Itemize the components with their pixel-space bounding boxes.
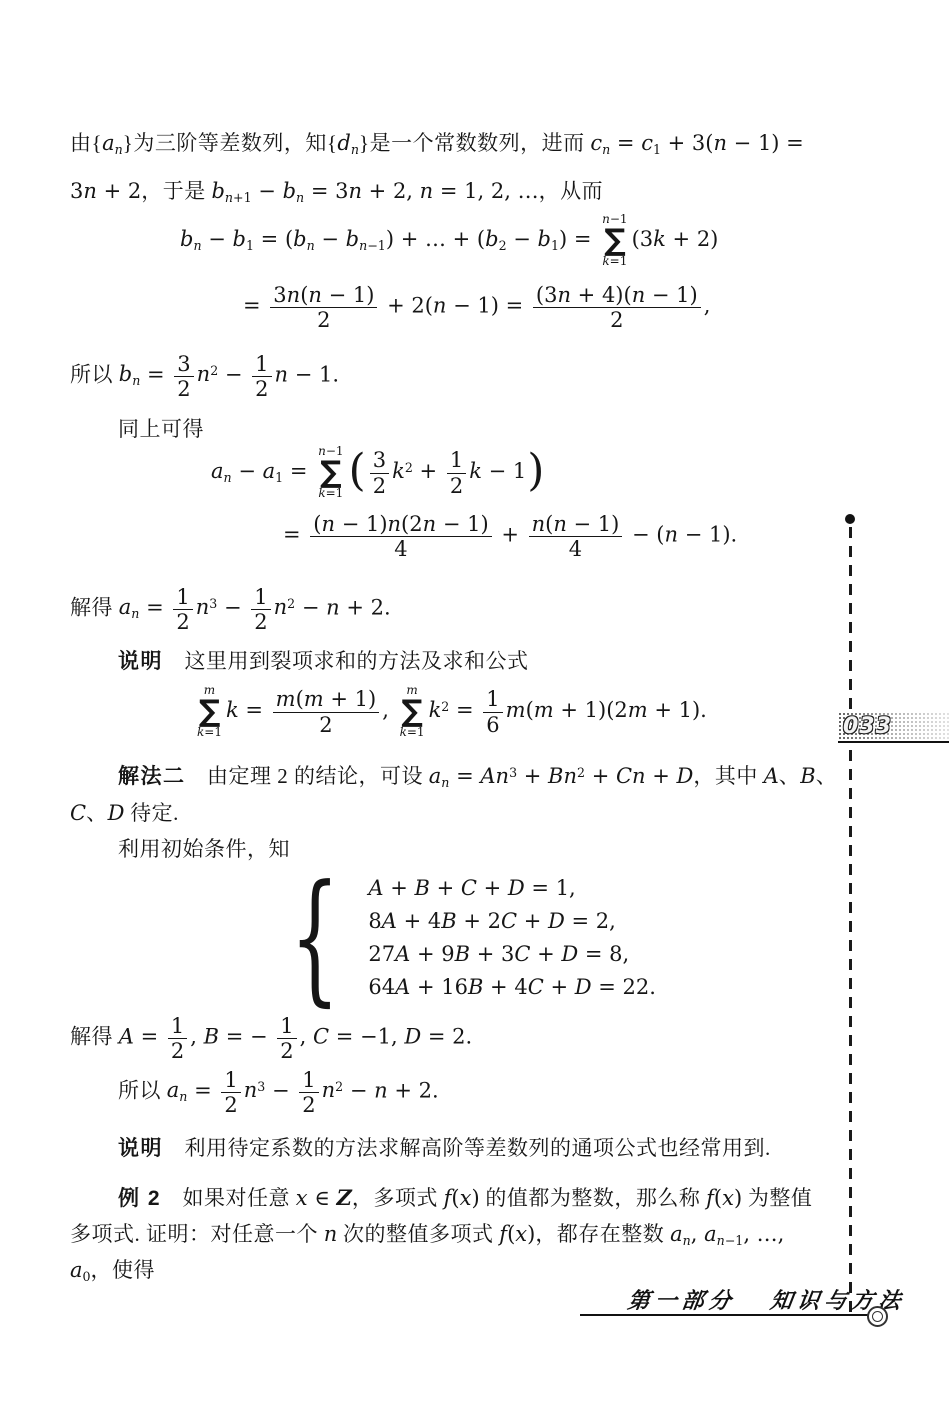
text-fragment: n2 — [322, 1078, 344, 1102]
text-fragment: + — [413, 459, 444, 483]
text-fragment: n — [433, 293, 447, 317]
text-fragment: = — [239, 698, 270, 722]
line-similarly: 同上可得 — [118, 414, 204, 444]
text-fragment: an — [167, 1078, 188, 1102]
text-fragment: − 1. — [288, 362, 339, 386]
text-fragment: x — [515, 1222, 527, 1246]
text-fragment: − — [265, 1078, 296, 1102]
text-fragment: − — [232, 459, 263, 483]
text-fragment: C — [461, 876, 477, 900]
text-fragment: + 4 — [483, 975, 527, 999]
para-example2-3: a0，使得 — [70, 1255, 155, 1285]
text-fragment: 1 — [221, 1068, 240, 1093]
text-fragment: 1 — [173, 585, 192, 610]
text-fragment: 2 — [168, 1039, 187, 1063]
text-fragment: 、 — [86, 801, 108, 825]
text-fragment: k — [226, 698, 239, 722]
text-fragment: + 2, — [362, 179, 420, 203]
text-fragment: 利用初始条件，知 — [118, 837, 290, 861]
text-fragment: , — [704, 293, 711, 317]
text-fragment: B — [455, 942, 470, 966]
text-fragment: 4 — [566, 537, 585, 561]
text-fragment: = — [140, 362, 171, 386]
text-fragment: a — [167, 1078, 180, 1102]
text-fragment: 2 — [299, 1093, 318, 1117]
text-fragment: + 1)(2 — [554, 698, 628, 722]
footer: 第一部分 知识与方法 — [626, 1284, 908, 1315]
text-fragment: A — [395, 942, 410, 966]
text-fragment: f — [499, 1222, 507, 1246]
text-fragment: 2 — [319, 713, 332, 737]
text-fragment: c — [641, 131, 653, 155]
text-fragment: n+1 — [225, 191, 252, 205]
text-fragment: D — [108, 801, 125, 825]
text-fragment: 2 — [176, 610, 189, 634]
text-fragment: 3 — [370, 448, 389, 473]
text-fragment: 2 — [335, 1079, 343, 1094]
text-fragment: 3n(n − 1)2 — [270, 283, 377, 332]
text-fragment: ∑ — [604, 227, 626, 256]
text-fragment: ，从而 — [539, 179, 604, 203]
text-fragment: n — [296, 190, 304, 205]
text-fragment: b — [485, 227, 498, 251]
text-fragment: = — [610, 131, 641, 155]
text-fragment: x — [296, 1186, 308, 1210]
text-fragment: ，多项式 — [352, 1186, 444, 1210]
text-fragment: + 2( — [380, 293, 433, 317]
text-fragment: n — [683, 1233, 691, 1248]
text-fragment: n — [321, 512, 335, 536]
text-fragment: 2 — [317, 308, 330, 332]
equation-sum-formulas: m∑k=1k = m(m + 1)2, m∑k=1k2 = 16m(m + 1)… — [193, 684, 707, 740]
text-fragment: an — [429, 764, 450, 788]
text-fragment: a — [70, 1258, 83, 1282]
text-fragment: 为整值 — [742, 1186, 812, 1210]
text-fragment: A — [764, 764, 779, 788]
text-fragment: 6 — [486, 713, 499, 737]
text-fragment: k — [392, 459, 405, 483]
text-fragment: 2 — [405, 460, 413, 475]
line-solved-coefficients: 解得 A = 12, B = − 12, C = −1, D = 2. — [70, 1014, 472, 1063]
text-fragment: m — [506, 698, 526, 722]
text-fragment: n — [351, 143, 359, 157]
text-fragment: n — [713, 131, 727, 155]
text-fragment: 2 — [255, 377, 268, 401]
text-fragment: n — [351, 142, 359, 157]
text-fragment: n−1 — [359, 239, 386, 253]
text-fragment: Cn — [616, 764, 646, 788]
text-fragment: a — [263, 459, 276, 483]
text-fragment: 2 — [335, 1080, 343, 1094]
text-fragment: n — [224, 470, 232, 485]
text-fragment: b — [119, 362, 132, 386]
text-fragment: 3 — [373, 448, 386, 472]
text-fragment: 1 — [450, 448, 463, 472]
text-fragment: C — [313, 1024, 329, 1048]
text-fragment: f — [706, 1186, 714, 1210]
text-fragment: m — [304, 687, 324, 711]
text-fragment: ( — [296, 687, 304, 711]
text-fragment: n — [196, 595, 210, 619]
text-fragment: − 1) — [322, 283, 375, 307]
text-fragment: 12 — [251, 585, 270, 634]
text-fragment: 1 — [275, 471, 283, 485]
text-fragment: 的值都为整数，那么称 — [480, 1186, 707, 1210]
equation-an-sum: an − a1 = n−1∑k=1(32k2 + 12k − 1) — [211, 445, 545, 501]
book-page: 由{an}为三阶等差数列，知{dn}是一个常数数列，进而 cn = c1 + 3… — [0, 0, 949, 1410]
text-fragment: n(n − 1) — [529, 512, 623, 537]
text-fragment: − — [315, 227, 346, 251]
text-fragment: + — [544, 975, 575, 999]
text-fragment: x — [460, 1186, 472, 1210]
text-fragment: bn — [119, 362, 141, 386]
text-fragment: + — [585, 764, 616, 788]
text-fragment: A — [119, 1024, 134, 1048]
text-fragment: x — [722, 1186, 734, 1210]
text-fragment: m — [628, 698, 648, 722]
text-fragment: m(m + 1)2 — [273, 687, 380, 736]
text-fragment: n(n − 1)4 — [529, 512, 623, 561]
text-fragment: = 1, — [525, 876, 576, 900]
text-fragment: = 1, 2, … — [433, 179, 538, 203]
text-fragment: D — [561, 942, 578, 966]
text-fragment: cn — [590, 131, 610, 155]
text-fragment: 待定. — [124, 801, 179, 825]
text-fragment: 12 — [221, 1068, 240, 1117]
text-fragment: =1 — [407, 725, 425, 739]
text-fragment: 1 — [255, 352, 268, 376]
text-fragment: C — [514, 942, 530, 966]
text-fragment: c — [590, 131, 602, 155]
footer-part-label: 第一部分 — [626, 1288, 738, 1313]
text-fragment: n — [307, 239, 315, 253]
text-fragment: an — [102, 131, 123, 155]
text-fragment: + 3( — [661, 131, 714, 155]
text-fragment: 2 — [373, 474, 386, 498]
text-fragment: , — [190, 1024, 203, 1048]
text-fragment: n — [388, 512, 402, 536]
text-fragment: ( — [451, 1186, 459, 1210]
text-fragment: 2 — [405, 461, 413, 475]
text-fragment: , — [382, 698, 395, 722]
text-fragment: − ( — [625, 522, 664, 546]
text-fragment: bn−1 — [346, 227, 386, 251]
text-fragment: D — [404, 1024, 421, 1048]
text-fragment: 2 — [316, 713, 335, 737]
text-fragment: n−1∑k=1 — [602, 213, 627, 269]
text-fragment: = 8, — [578, 942, 629, 966]
text-fragment: 3 — [70, 179, 83, 203]
text-fragment: + 3 — [470, 942, 514, 966]
text-fragment: c1 — [641, 131, 661, 155]
text-fragment: +1 — [233, 190, 252, 205]
text-fragment: 27 — [368, 942, 395, 966]
text-fragment: n — [665, 522, 679, 546]
text-fragment: k — [400, 725, 407, 739]
text-fragment: 1 — [302, 1068, 315, 1092]
text-fragment: = −1, — [329, 1024, 404, 1048]
text-fragment: 多项式. 证明：对任意一个 — [70, 1222, 324, 1246]
margin-dashed-line-top — [849, 527, 852, 709]
text-fragment: C — [528, 975, 544, 999]
text-fragment: 6 — [483, 713, 502, 737]
para-method2-1: 解法二 由定理 2 的结论，可设 an = An3 + Bn2 + Cn + D… — [118, 761, 837, 792]
text-fragment: a0 — [70, 1258, 91, 1282]
line-bn-formula: 所以 bn = 32n2 − 12n − 1. — [70, 352, 339, 401]
text-fragment: b2 — [485, 227, 506, 251]
text-fragment: 2 — [171, 1039, 184, 1063]
text-fragment: m∑k=1 — [400, 684, 425, 740]
text-fragment: + 2) — [666, 227, 719, 251]
text-fragment: − 1) = — [446, 293, 529, 317]
text-fragment: 12 — [168, 1014, 187, 1063]
text-fragment: − — [295, 595, 326, 619]
text-fragment: 2 — [577, 766, 585, 780]
system-equation-row: 8A + 4B + 2C + D = 2, — [368, 905, 656, 938]
text-fragment: 1 — [171, 1014, 184, 1038]
text-fragment: 2 — [499, 239, 507, 253]
text-fragment: − 1). — [678, 522, 737, 546]
text-fragment: k — [469, 459, 482, 483]
footer-circle-icon — [867, 1306, 888, 1327]
text-fragment: 3 — [509, 765, 517, 780]
text-fragment: 1 — [653, 142, 661, 157]
text-fragment: (3n + 4)(n − 1)2 — [533, 283, 701, 332]
text-fragment: n — [553, 512, 567, 536]
text-fragment: = — [139, 595, 170, 619]
text-fragment: + 2 — [97, 179, 141, 203]
text-fragment: 如果对任意 — [161, 1186, 296, 1210]
text-fragment: 12 — [173, 585, 192, 634]
text-fragment: = ( — [254, 227, 293, 251]
text-fragment: n−1∑k=1 — [318, 445, 343, 501]
footer-rule — [580, 1314, 870, 1316]
text-fragment: B — [468, 975, 483, 999]
text-fragment: D — [575, 975, 592, 999]
text-fragment: ，都存在整数 — [535, 1222, 670, 1246]
text-fragment: 2 — [224, 1093, 237, 1117]
text-fragment: n3 — [196, 595, 218, 619]
margin-dot — [845, 514, 855, 524]
text-fragment: (n − 1)n(2n − 1)4 — [310, 512, 491, 561]
text-fragment: 1 — [299, 1068, 318, 1093]
text-fragment: 1 — [551, 239, 559, 253]
text-fragment: 1 — [447, 448, 466, 473]
text-fragment: b — [293, 227, 306, 251]
text-fragment: 32 — [370, 448, 389, 497]
text-fragment: an−1 — [704, 1222, 743, 1246]
text-fragment: 说明 — [118, 1137, 163, 1160]
text-fragment: 由{ — [70, 131, 102, 155]
text-fragment: 2 — [277, 1039, 296, 1063]
text-fragment: b — [283, 179, 296, 203]
page-number-badge: 033 — [838, 712, 949, 743]
text-fragment: k=1 — [602, 255, 627, 269]
text-fragment: − — [343, 1078, 374, 1102]
text-fragment: k=1 — [400, 726, 425, 740]
text-fragment: + 4)( — [571, 283, 632, 307]
text-fragment: , …, — [743, 1222, 784, 1246]
text-fragment: (n − 1)n(2n − 1) — [310, 512, 491, 537]
equation-bn-telescoping: bn − b1 = (bn − bn−1) + … + (b2 − b1) = … — [180, 213, 718, 269]
text-fragment: + 16 — [410, 975, 468, 999]
text-fragment: − 1) — [436, 512, 489, 536]
text-fragment: − 1 — [482, 459, 526, 483]
text-fragment: =1 — [326, 486, 344, 500]
text-fragment: = — [449, 764, 480, 788]
text-fragment: bn — [180, 227, 202, 251]
text-fragment: ) + … + ( — [386, 227, 485, 251]
text-fragment: 2 — [610, 308, 623, 332]
text-fragment: n — [683, 1234, 691, 1248]
text-fragment: n — [308, 283, 322, 307]
equation-an-sum-result: = (n − 1)n(2n − 1)4 + n(n − 1)4 − (n − 1… — [283, 512, 737, 561]
text-fragment: 利用待定系数的方法求解高阶等差数列的通项公式也经常用到. — [163, 1136, 771, 1160]
text-fragment: + 9 — [410, 942, 454, 966]
text-fragment: − 1) — [335, 512, 388, 536]
text-fragment: 同上可得 — [118, 417, 204, 441]
text-fragment: n — [244, 1078, 258, 1102]
text-fragment: 1 — [551, 238, 559, 253]
text-fragment: = — [134, 1024, 165, 1048]
text-fragment: 解得 — [70, 595, 119, 619]
text-fragment: B — [204, 1024, 219, 1048]
text-fragment: b1 — [233, 227, 254, 251]
text-fragment: = 22. — [592, 975, 656, 999]
text-fragment: 2 — [447, 474, 466, 498]
text-fragment: 1 — [254, 585, 267, 609]
text-fragment: n — [193, 238, 201, 253]
text-fragment: = 3 — [304, 179, 348, 203]
text-fragment: n2 — [197, 362, 219, 386]
text-fragment: + 4 — [397, 909, 441, 933]
text-fragment: b1 — [538, 227, 559, 251]
text-fragment: = — [187, 1078, 218, 1102]
text-fragment: b — [211, 179, 224, 203]
text-fragment: n — [274, 595, 288, 619]
text-fragment: n — [307, 238, 315, 253]
text-fragment: 2 — [173, 610, 192, 634]
text-fragment: 2 — [251, 610, 270, 634]
text-fragment: , — [691, 1222, 704, 1246]
text-fragment: D — [508, 876, 525, 900]
text-fragment: n — [275, 362, 289, 386]
text-fragment: n — [717, 1233, 725, 1248]
text-fragment: 2 — [210, 363, 218, 378]
text-fragment: 2 — [607, 308, 626, 332]
text-fragment: n3 — [496, 764, 518, 788]
text-fragment: 1 — [277, 1014, 296, 1039]
para-constant-sequence-1: 由{an}为三阶等差数列，知{dn}是一个常数数列，进而 cn = c1 + 3… — [70, 128, 804, 158]
text-fragment: }是一个常数数列，进而 — [359, 131, 590, 155]
text-fragment: =1 — [204, 725, 222, 739]
text-fragment: 所以 — [70, 362, 119, 386]
text-fragment: = — [243, 293, 267, 317]
text-fragment: 2 — [370, 474, 389, 498]
text-fragment: b — [180, 227, 193, 251]
system-equation-row: A + B + C + D = 1, — [368, 872, 656, 905]
text-fragment: n — [420, 179, 434, 203]
text-fragment: m(m + 1) — [273, 687, 380, 712]
text-fragment: 3 — [177, 352, 190, 376]
text-fragment: B — [548, 764, 563, 788]
text-fragment: 3 — [174, 352, 193, 377]
text-fragment: B — [800, 764, 815, 788]
text-fragment: 2 — [177, 377, 190, 401]
text-fragment: a — [211, 459, 224, 483]
text-fragment: ( — [349, 445, 366, 496]
note-undetermined-coefficients: 说明 利用待定系数的方法求解高阶等差数列的通项公式也经常用到. — [118, 1133, 771, 1164]
text-fragment: =1 — [610, 254, 628, 268]
text-fragment: 8 — [368, 909, 381, 933]
text-fragment: b — [346, 227, 359, 251]
text-fragment: 1 — [280, 1014, 293, 1038]
text-fragment: n — [423, 512, 437, 536]
text-fragment: n — [197, 362, 211, 386]
line-initial-conditions: 利用初始条件，知 — [118, 834, 290, 864]
text-fragment: 4 — [394, 537, 407, 561]
text-fragment: + — [477, 876, 508, 900]
text-fragment: n — [324, 1222, 338, 1246]
text-fragment: 2 — [221, 1093, 240, 1117]
text-fragment: 2 — [287, 596, 295, 611]
para-example2-1: 例 2 如果对任意 x ∈ Z，多项式 f(x) 的值都为整数，那么称 f(x)… — [118, 1183, 812, 1214]
text-fragment: Z — [337, 1185, 352, 1210]
text-fragment: 说明 — [118, 650, 163, 673]
text-fragment: D — [548, 909, 565, 933]
text-fragment: d — [337, 131, 350, 155]
text-fragment: m∑k=1 — [197, 684, 222, 740]
text-fragment: 12 — [277, 1014, 296, 1063]
text-fragment: 2 — [174, 377, 193, 401]
text-fragment: bn — [283, 179, 305, 203]
text-fragment: 1 — [224, 1068, 237, 1092]
text-fragment: 2 — [450, 474, 463, 498]
text-fragment: (3n + 4)(n − 1) — [533, 283, 701, 308]
text-fragment: k — [429, 698, 442, 722]
para-constant-sequence-2: 3n + 2，于是 bn+1 − bn = 3n + 2, n = 1, 2, … — [70, 176, 603, 206]
text-fragment: A — [395, 975, 410, 999]
text-fragment: (3 — [632, 227, 654, 251]
text-fragment: (2 — [401, 512, 423, 536]
text-fragment: 12 — [299, 1068, 318, 1117]
text-fragment: + 2. — [340, 595, 391, 619]
text-fragment: ) = — [559, 227, 598, 251]
text-fragment: = 2. — [421, 1024, 472, 1048]
text-fragment: −1 — [725, 1233, 744, 1248]
text-fragment: a — [119, 595, 132, 619]
footer-circle-inner — [872, 1311, 883, 1322]
text-fragment: a — [704, 1222, 717, 1246]
text-fragment: n — [115, 142, 123, 157]
text-fragment: 1 — [275, 470, 283, 485]
text-fragment: B — [414, 876, 429, 900]
text-fragment: ∑ — [320, 459, 342, 488]
text-fragment: + — [495, 522, 526, 546]
text-fragment: 1 — [246, 238, 254, 253]
text-fragment: − — [252, 179, 283, 203]
para-method2-2: C、D 待定. — [70, 798, 179, 828]
text-fragment: − 1) — [567, 512, 620, 536]
text-fragment: (3 — [536, 283, 558, 307]
text-fragment: 1 — [251, 585, 270, 610]
text-fragment: + — [530, 942, 561, 966]
text-fragment: ) — [734, 1186, 742, 1210]
text-fragment: 所以 — [118, 1078, 167, 1102]
text-fragment: n — [326, 595, 340, 619]
text-fragment: 2 — [252, 377, 271, 401]
text-fragment: k — [318, 486, 325, 500]
